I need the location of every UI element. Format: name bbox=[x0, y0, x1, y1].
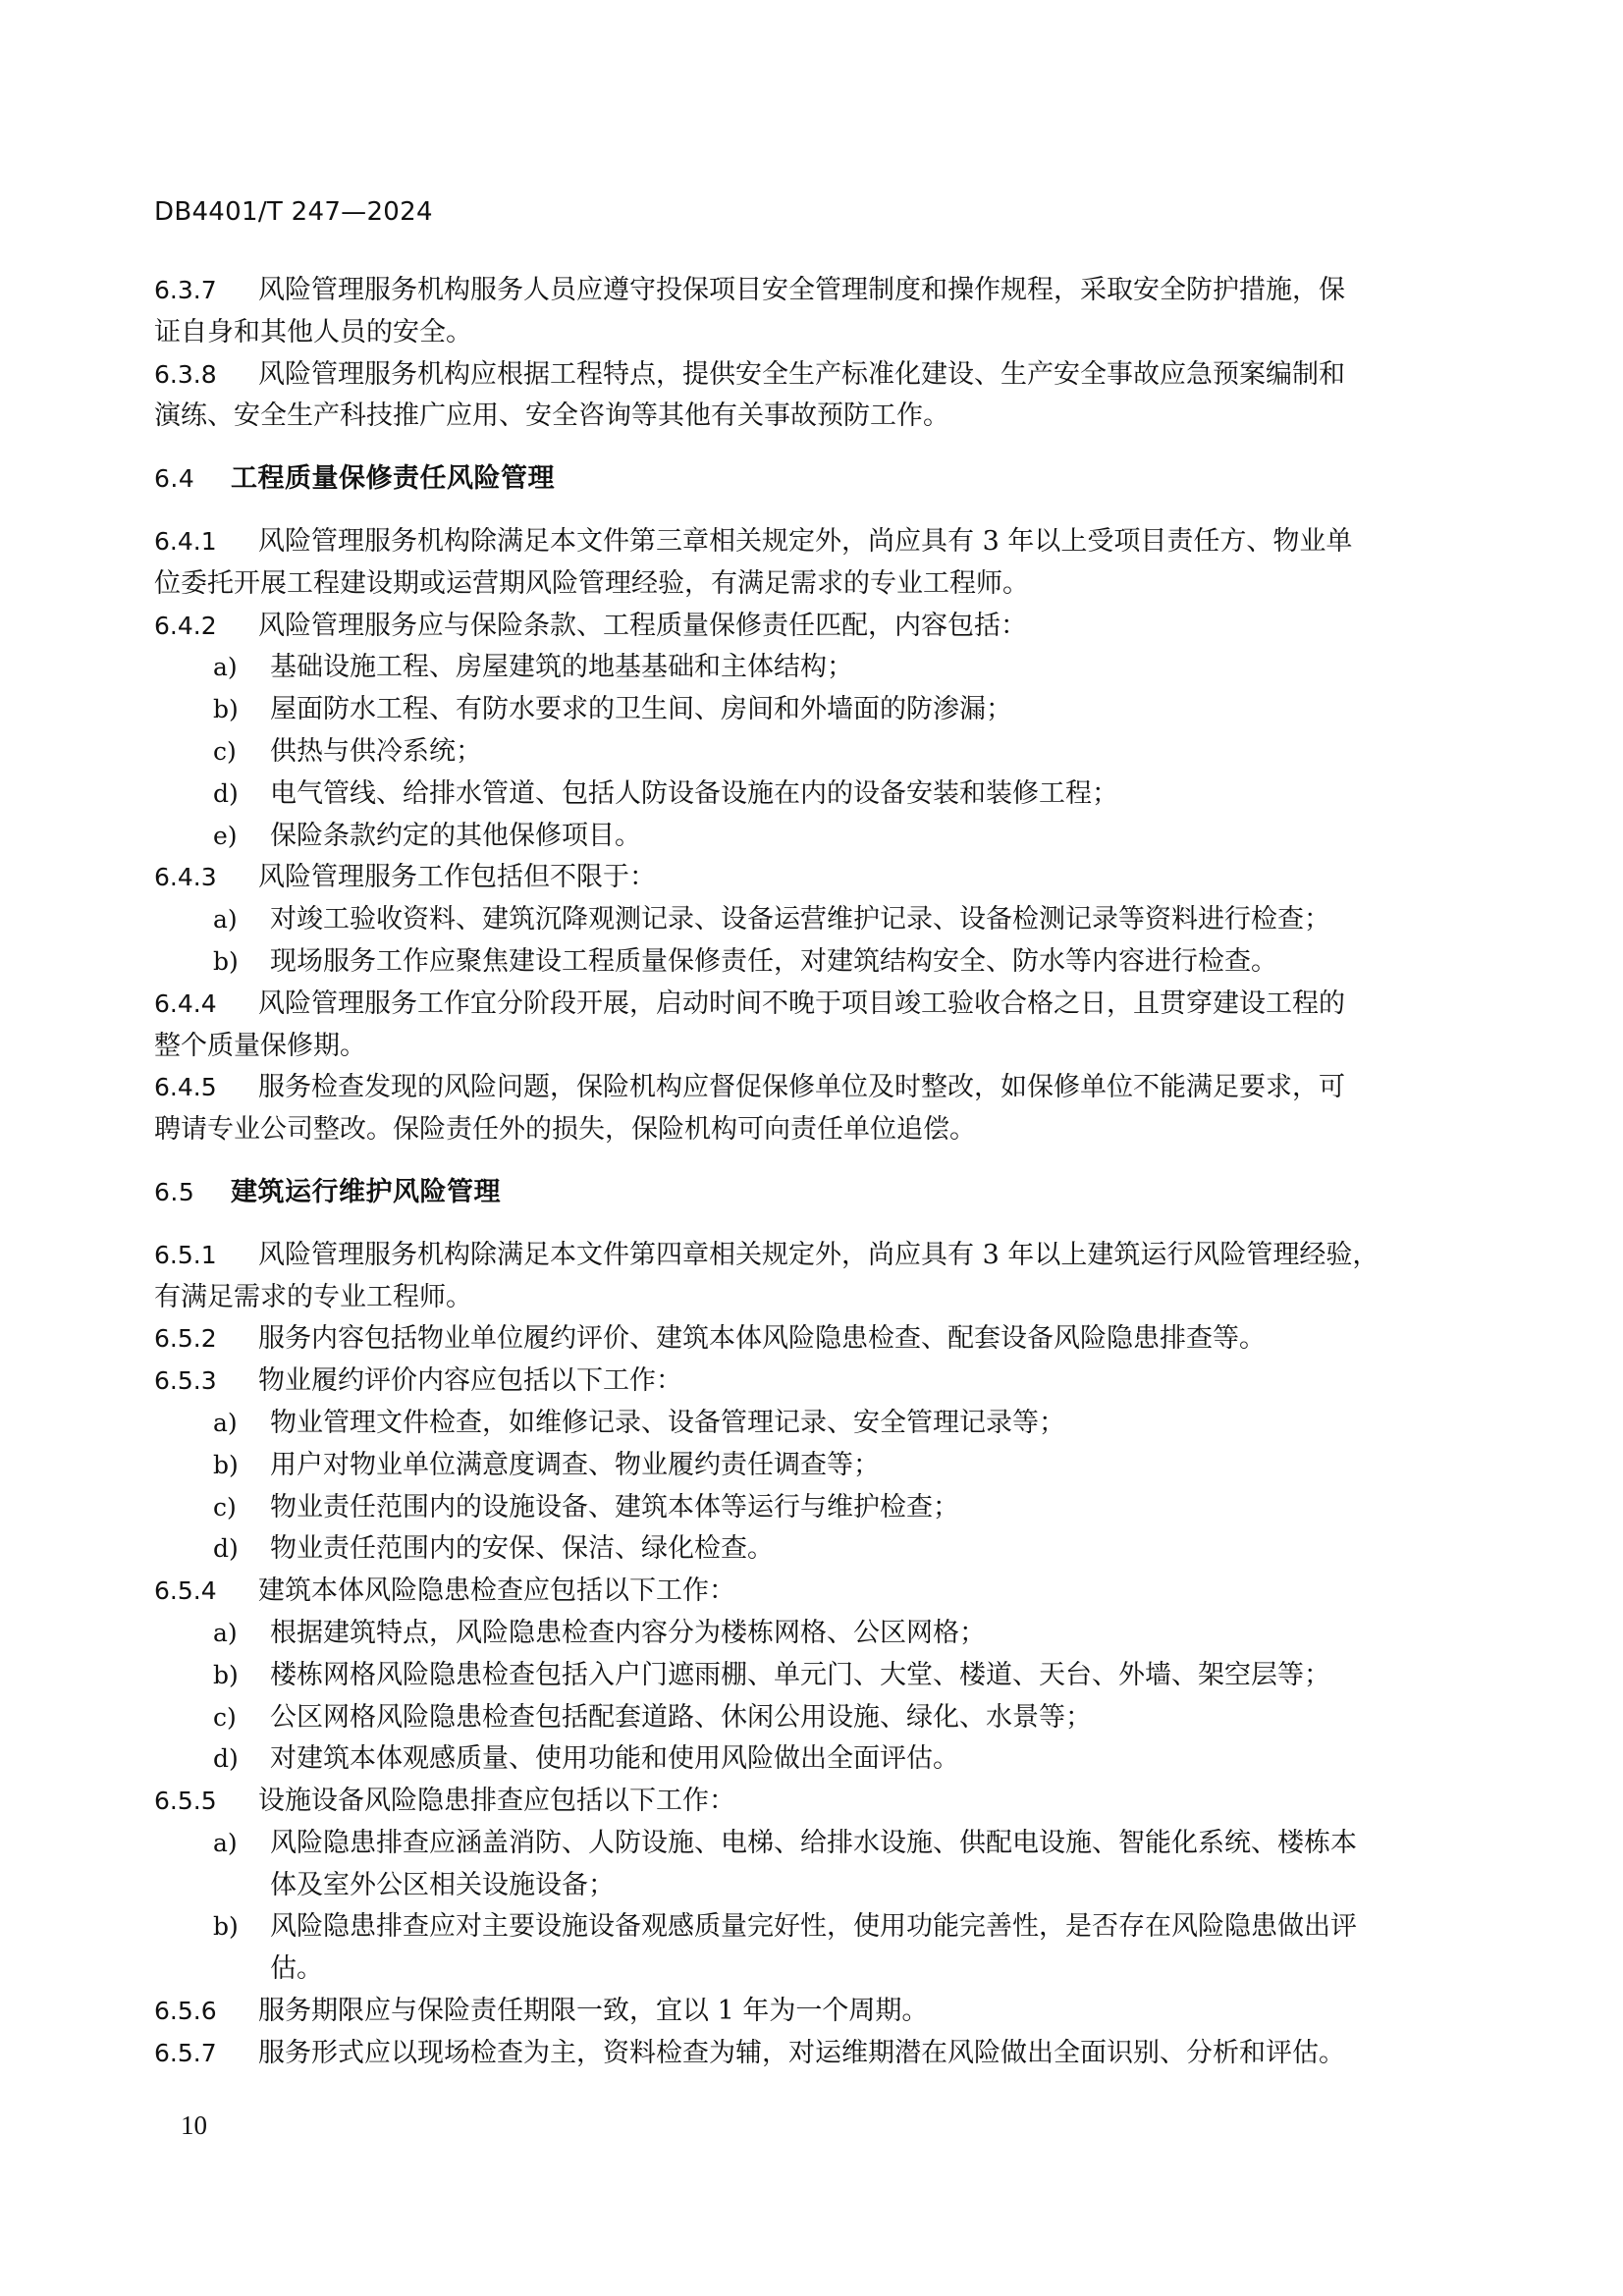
clause-text: 整个质量保修期。 bbox=[154, 1031, 366, 1061]
list-item-first-line: d)物业责任范围内的安保、保洁、绿化检查。 bbox=[154, 1528, 1450, 1571]
clause-first-line: 6.5.2服务内容包括物业单位履约评价、建筑本体风险隐患检查、配套设备风险隐患排… bbox=[154, 1318, 1450, 1361]
clause-text: 位委托开展工程建设期或运营期风险管理经验，有满足需求的专业工程师。 bbox=[154, 568, 1029, 599]
list-item-text: 对竣工验收资料、建筑沉降观测记录、设备运营维护记录、设备检测记录等资料进行检查； bbox=[270, 904, 1330, 934]
clause-text: 服务形式应以现场检查为主，资料检查为辅，对运维期潜在风险做出全面识别、分析和评估… bbox=[258, 2038, 1345, 2068]
clause-first-line: 6.5.4建筑本体风险隐患检查应包括以下工作： bbox=[154, 1571, 1450, 1613]
list-item-first-line: a)基础设施工程、房屋建筑的地基基础和主体结构； bbox=[154, 647, 1450, 689]
clause-first-line: 6.5.7服务形式应以现场检查为主，资料检查为辅，对运维期潜在风险做出全面识别、… bbox=[154, 2033, 1450, 2075]
list-marker: d) bbox=[213, 774, 270, 816]
list-marker: d) bbox=[213, 1738, 270, 1781]
document-body: 6.3.7风险管理服务机构服务人员应遵守投保项目安全管理制度和操作规程，采取安全… bbox=[154, 270, 1450, 2075]
clause-first-line: 6.5.6服务期限应与保险责任期限一致，宜以 1 年为一个周期。 bbox=[154, 1991, 1450, 2033]
list-item-text: 屋面防水工程、有防水要求的卫生间、房间和外墙面的防渗漏； bbox=[270, 694, 1012, 724]
list-item: c)物业责任范围内的设施设备、建筑本体等运行与维护检查； bbox=[154, 1487, 1450, 1529]
clause-text: 服务期限应与保险责任期限一致，宜以 1 年为一个周期。 bbox=[258, 1996, 928, 2026]
list-item-text: 用户对物业单位满意度调查、物业履约责任调查等； bbox=[270, 1450, 880, 1480]
list-marker: c) bbox=[213, 1487, 270, 1529]
list-item: c)公区网格风险隐患检查包括配套道路、休闲公用设施、绿化、水景等； bbox=[154, 1697, 1450, 1739]
clause-continuation-line: 位委托开展工程建设期或运营期风险管理经验，有满足需求的专业工程师。 bbox=[154, 563, 1450, 606]
list-item: b)现场服务工作应聚焦建设工程质量保修责任，对建筑结构安全、防水等内容进行检查。 bbox=[154, 941, 1450, 984]
clause-number: 6.4.3 bbox=[154, 857, 258, 899]
clause-number: 6.4.2 bbox=[154, 606, 258, 648]
clause-continuation-line: 聘请专业公司整改。保险责任外的损失，保险机构可向责任单位追偿。 bbox=[154, 1109, 1450, 1151]
document-code-header: DB4401/T 247—2024 bbox=[154, 196, 433, 228]
clause-text: 演练、安全生产科技推广应用、安全咨询等其他有关事故预防工作。 bbox=[154, 400, 949, 431]
clause-first-line: 6.4.1风险管理服务机构除满足本文件第三章相关规定外，尚应具有 3 年以上受项… bbox=[154, 521, 1450, 563]
clause-first-line: 6.4.3风险管理服务工作包括但不限于： bbox=[154, 857, 1450, 899]
list-item-text: 物业责任范围内的安保、保洁、绿化检查。 bbox=[270, 1533, 774, 1564]
list-item: e)保险条款约定的其他保修项目。 bbox=[154, 816, 1450, 858]
clause-first-line: 6.4.5服务检查发现的风险问题，保险机构应督促保修单位及时整改，如保修单位不能… bbox=[154, 1067, 1450, 1109]
list-item-text: 风险隐患排查应涵盖消防、人防设施、电梯、给排水设施、供配电设施、智能化系统、楼栋… bbox=[270, 1828, 1357, 1858]
list-item-continuation-line: 估。 bbox=[154, 1949, 1450, 1991]
clause-number: 6.5.6 bbox=[154, 1991, 258, 2033]
clause: 6.5.6服务期限应与保险责任期限一致，宜以 1 年为一个周期。 bbox=[154, 1991, 1450, 2033]
section-title: 工程质量保修责任风险管理 bbox=[231, 463, 555, 494]
list-item: c)供热与供冷系统； bbox=[154, 731, 1450, 774]
clause-number: 6.4.4 bbox=[154, 984, 258, 1026]
clause-text: 风险管理服务工作宜分阶段开展，启动时间不晚于项目竣工验收合格之日，且贯穿建设工程… bbox=[258, 988, 1345, 1019]
clause-first-line: 6.4.4风险管理服务工作宜分阶段开展，启动时间不晚于项目竣工验收合格之日，且贯… bbox=[154, 984, 1450, 1026]
section-number: 6.4 bbox=[154, 458, 231, 501]
clause-first-line: 6.4.2风险管理服务应与保险条款、工程质量保修责任匹配，内容包括： bbox=[154, 606, 1450, 648]
clause: 6.3.7风险管理服务机构服务人员应遵守投保项目安全管理制度和操作规程，采取安全… bbox=[154, 270, 1450, 354]
clause: 6.5.5设施设备风险隐患排查应包括以下工作： bbox=[154, 1781, 1450, 1823]
section-title: 建筑运行维护风险管理 bbox=[231, 1177, 501, 1207]
list-marker: a) bbox=[213, 647, 270, 689]
list-item: d)电气管线、给排水管道、包括人防设备设施在内的设备安装和装修工程； bbox=[154, 774, 1450, 816]
clause-first-line: 6.3.8风险管理服务机构应根据工程特点，提供安全生产标准化建设、生产安全事故应… bbox=[154, 354, 1450, 397]
clause-text: 建筑本体风险隐患检查应包括以下工作： bbox=[258, 1575, 735, 1606]
list-item-first-line: b)用户对物业单位满意度调查、物业履约责任调查等； bbox=[154, 1445, 1450, 1487]
clause: 6.4.5服务检查发现的风险问题，保险机构应督促保修单位及时整改，如保修单位不能… bbox=[154, 1067, 1450, 1151]
clause-text: 风险管理服务机构除满足本文件第三章相关规定外，尚应具有 3 年以上受项目责任方、… bbox=[258, 526, 1352, 557]
clause: 6.5.1风险管理服务机构除满足本文件第四章相关规定外，尚应具有 3 年以上建筑… bbox=[154, 1235, 1450, 1319]
list-marker: a) bbox=[213, 1823, 270, 1865]
list-item-first-line: c)物业责任范围内的设施设备、建筑本体等运行与维护检查； bbox=[154, 1487, 1450, 1529]
list-item-first-line: e)保险条款约定的其他保修项目。 bbox=[154, 816, 1450, 858]
clause-text: 风险管理服务工作包括但不限于： bbox=[258, 862, 656, 892]
clause: 6.4.4风险管理服务工作宜分阶段开展，启动时间不晚于项目竣工验收合格之日，且贯… bbox=[154, 984, 1450, 1068]
list-marker: b) bbox=[213, 1445, 270, 1487]
list-item-first-line: d)电气管线、给排水管道、包括人防设备设施在内的设备安装和装修工程； bbox=[154, 774, 1450, 816]
list-item-text: 根据建筑特点，风险隐患检查内容分为楼栋网格、公区网格； bbox=[270, 1618, 986, 1648]
list-item: d)物业责任范围内的安保、保洁、绿化检查。 bbox=[154, 1528, 1450, 1571]
clause: 6.3.8风险管理服务机构应根据工程特点，提供安全生产标准化建设、生产安全事故应… bbox=[154, 354, 1450, 439]
list-marker: a) bbox=[213, 1613, 270, 1655]
clause: 6.4.1风险管理服务机构除满足本文件第三章相关规定外，尚应具有 3 年以上受项… bbox=[154, 521, 1450, 606]
list-item-text: 现场服务工作应聚焦建设工程质量保修责任，对建筑结构安全、防水等内容进行检查。 bbox=[270, 946, 1277, 977]
list-item: b)楼栋网格风险隐患检查包括入户门遮雨棚、单元门、大堂、楼道、天台、外墙、架空层… bbox=[154, 1655, 1450, 1697]
clause-number: 6.4.5 bbox=[154, 1067, 258, 1109]
list-marker: e) bbox=[213, 816, 270, 858]
list-item-text: 公区网格风险隐患检查包括配套道路、休闲公用设施、绿化、水景等； bbox=[270, 1702, 1092, 1733]
list-item-first-line: a)对竣工验收资料、建筑沉降观测记录、设备运营维护记录、设备检测记录等资料进行检… bbox=[154, 899, 1450, 941]
list-marker: a) bbox=[213, 1403, 270, 1445]
clause-number: 6.5.1 bbox=[154, 1235, 258, 1277]
list-item-text: 体及室外公区相关设施设备； bbox=[270, 1870, 615, 1900]
clause-number: 6.3.8 bbox=[154, 354, 258, 397]
clause-text: 风险管理服务机构应根据工程特点，提供安全生产标准化建设、生产安全事故应急预案编制… bbox=[258, 359, 1345, 390]
list-item-first-line: a)物业管理文件检查，如维修记录、设备管理记录、安全管理记录等； bbox=[154, 1403, 1450, 1445]
clause-text: 聘请专业公司整改。保险责任外的损失，保险机构可向责任单位追偿。 bbox=[154, 1114, 976, 1145]
clause-text: 风险管理服务机构除满足本文件第四章相关规定外，尚应具有 3 年以上建筑运行风险管… bbox=[258, 1240, 1379, 1270]
page-number: 10 bbox=[181, 2110, 207, 2141]
clause-text: 有满足需求的专业工程师。 bbox=[154, 1282, 472, 1312]
list-item: a)基础设施工程、房屋建筑的地基基础和主体结构； bbox=[154, 647, 1450, 689]
list-item-text: 物业管理文件检查，如维修记录、设备管理记录、安全管理记录等； bbox=[270, 1408, 1065, 1438]
clause-first-line: 6.5.1风险管理服务机构除满足本文件第四章相关规定外，尚应具有 3 年以上建筑… bbox=[154, 1235, 1450, 1277]
list-item-first-line: d)对建筑本体观感质量、使用功能和使用风险做出全面评估。 bbox=[154, 1738, 1450, 1781]
list-item-text: 电气管线、给排水管道、包括人防设备设施在内的设备安装和装修工程； bbox=[270, 778, 1118, 809]
clause-text: 风险管理服务机构服务人员应遵守投保项目安全管理制度和操作规程，采取安全防护措施，… bbox=[258, 275, 1345, 305]
list-item: b)风险隐患排查应对主要设施设备观感质量完好性，使用功能完善性，是否存在风险隐患… bbox=[154, 1906, 1450, 1991]
list-item-first-line: b)屋面防水工程、有防水要求的卫生间、房间和外墙面的防渗漏； bbox=[154, 689, 1450, 731]
clause-text: 风险管理服务应与保险条款、工程质量保修责任匹配，内容包括： bbox=[258, 611, 1027, 641]
list-item-first-line: b)现场服务工作应聚焦建设工程质量保修责任，对建筑结构安全、防水等内容进行检查。 bbox=[154, 941, 1450, 984]
clause-number: 6.5.3 bbox=[154, 1361, 258, 1403]
list-item-first-line: c)供热与供冷系统； bbox=[154, 731, 1450, 774]
list-item: b)屋面防水工程、有防水要求的卫生间、房间和外墙面的防渗漏； bbox=[154, 689, 1450, 731]
document-page: DB4401/T 247—2024 6.3.7风险管理服务机构服务人员应遵守投保… bbox=[0, 0, 1623, 2296]
section-heading: 6.4工程质量保修责任风险管理 bbox=[154, 458, 1450, 501]
list-item: a)对竣工验收资料、建筑沉降观测记录、设备运营维护记录、设备检测记录等资料进行检… bbox=[154, 899, 1450, 941]
list-item-first-line: b)楼栋网格风险隐患检查包括入户门遮雨棚、单元门、大堂、楼道、天台、外墙、架空层… bbox=[154, 1655, 1450, 1697]
list-item: b)用户对物业单位满意度调查、物业履约责任调查等； bbox=[154, 1445, 1450, 1487]
list-item-text: 供热与供冷系统； bbox=[270, 736, 482, 767]
clause-number: 6.3.7 bbox=[154, 270, 258, 312]
clause: 6.5.3物业履约评价内容应包括以下工作： bbox=[154, 1361, 1450, 1403]
clause: 6.5.7服务形式应以现场检查为主，资料检查为辅，对运维期潜在风险做出全面识别、… bbox=[154, 2033, 1450, 2075]
list-item-text: 保险条款约定的其他保修项目。 bbox=[270, 821, 641, 851]
clause-text: 服务内容包括物业单位履约评价、建筑本体风险隐患检查、配套设备风险隐患排查等。 bbox=[258, 1323, 1266, 1354]
clause-number: 6.5.2 bbox=[154, 1318, 258, 1361]
clause: 6.4.3风险管理服务工作包括但不限于： bbox=[154, 857, 1450, 899]
list-item-first-line: b)风险隐患排查应对主要设施设备观感质量完好性，使用功能完善性，是否存在风险隐患… bbox=[154, 1906, 1450, 1949]
clause-first-line: 6.5.3物业履约评价内容应包括以下工作： bbox=[154, 1361, 1450, 1403]
clause: 6.4.2风险管理服务应与保险条款、工程质量保修责任匹配，内容包括： bbox=[154, 606, 1450, 648]
list-item: a)风险隐患排查应涵盖消防、人防设施、电梯、给排水设施、供配电设施、智能化系统、… bbox=[154, 1823, 1450, 1907]
section-heading: 6.5建筑运行维护风险管理 bbox=[154, 1172, 1450, 1214]
list-item-first-line: a)风险隐患排查应涵盖消防、人防设施、电梯、给排水设施、供配电设施、智能化系统、… bbox=[154, 1823, 1450, 1865]
list-item-text: 风险隐患排查应对主要设施设备观感质量完好性，使用功能完善性，是否存在风险隐患做出… bbox=[270, 1911, 1357, 1942]
list-item-first-line: c)公区网格风险隐患检查包括配套道路、休闲公用设施、绿化、水景等； bbox=[154, 1697, 1450, 1739]
clause-text: 服务检查发现的风险问题，保险机构应督促保修单位及时整改，如保修单位不能满足要求，… bbox=[258, 1072, 1345, 1102]
clause-text: 设施设备风险隐患排查应包括以下工作： bbox=[258, 1786, 735, 1816]
list-marker: c) bbox=[213, 1697, 270, 1739]
list-item: a)物业管理文件检查，如维修记录、设备管理记录、安全管理记录等； bbox=[154, 1403, 1450, 1445]
list-marker: b) bbox=[213, 941, 270, 984]
list-item: a)根据建筑特点，风险隐患检查内容分为楼栋网格、公区网格； bbox=[154, 1613, 1450, 1655]
clause: 6.5.4建筑本体风险隐患检查应包括以下工作： bbox=[154, 1571, 1450, 1613]
list-item: d)对建筑本体观感质量、使用功能和使用风险做出全面评估。 bbox=[154, 1738, 1450, 1781]
clause: 6.5.2服务内容包括物业单位履约评价、建筑本体风险隐患检查、配套设备风险隐患排… bbox=[154, 1318, 1450, 1361]
list-item-text: 基础设施工程、房屋建筑的地基基础和主体结构； bbox=[270, 652, 853, 682]
clause-continuation-line: 证自身和其他人员的安全。 bbox=[154, 312, 1450, 354]
list-item-text: 物业责任范围内的设施设备、建筑本体等运行与维护检查； bbox=[270, 1492, 959, 1522]
clause-continuation-line: 演练、安全生产科技推广应用、安全咨询等其他有关事故预防工作。 bbox=[154, 396, 1450, 438]
list-item-continuation-line: 体及室外公区相关设施设备； bbox=[154, 1865, 1450, 1907]
clause-number: 6.5.7 bbox=[154, 2033, 258, 2075]
clause-text: 物业履约评价内容应包括以下工作： bbox=[258, 1365, 682, 1396]
list-marker: d) bbox=[213, 1528, 270, 1571]
list-marker: b) bbox=[213, 689, 270, 731]
clause-number: 6.5.5 bbox=[154, 1781, 258, 1823]
list-marker: b) bbox=[213, 1906, 270, 1949]
section-number: 6.5 bbox=[154, 1172, 231, 1214]
clause-first-line: 6.5.5设施设备风险隐患排查应包括以下工作： bbox=[154, 1781, 1450, 1823]
clause-number: 6.5.4 bbox=[154, 1571, 258, 1613]
list-item-text: 楼栋网格风险隐患检查包括入户门遮雨棚、单元门、大堂、楼道、天台、外墙、架空层等； bbox=[270, 1660, 1330, 1690]
clause-number: 6.4.1 bbox=[154, 521, 258, 563]
list-item-text: 对建筑本体观感质量、使用功能和使用风险做出全面评估。 bbox=[270, 1743, 959, 1774]
clause-continuation-line: 整个质量保修期。 bbox=[154, 1026, 1450, 1068]
list-item-text: 估。 bbox=[270, 1953, 323, 1984]
clause-text: 证自身和其他人员的安全。 bbox=[154, 317, 472, 347]
list-marker: a) bbox=[213, 899, 270, 941]
list-marker: b) bbox=[213, 1655, 270, 1697]
clause-continuation-line: 有满足需求的专业工程师。 bbox=[154, 1277, 1450, 1319]
list-marker: c) bbox=[213, 731, 270, 774]
clause-first-line: 6.3.7风险管理服务机构服务人员应遵守投保项目安全管理制度和操作规程，采取安全… bbox=[154, 270, 1450, 312]
list-item-first-line: a)根据建筑特点，风险隐患检查内容分为楼栋网格、公区网格； bbox=[154, 1613, 1450, 1655]
